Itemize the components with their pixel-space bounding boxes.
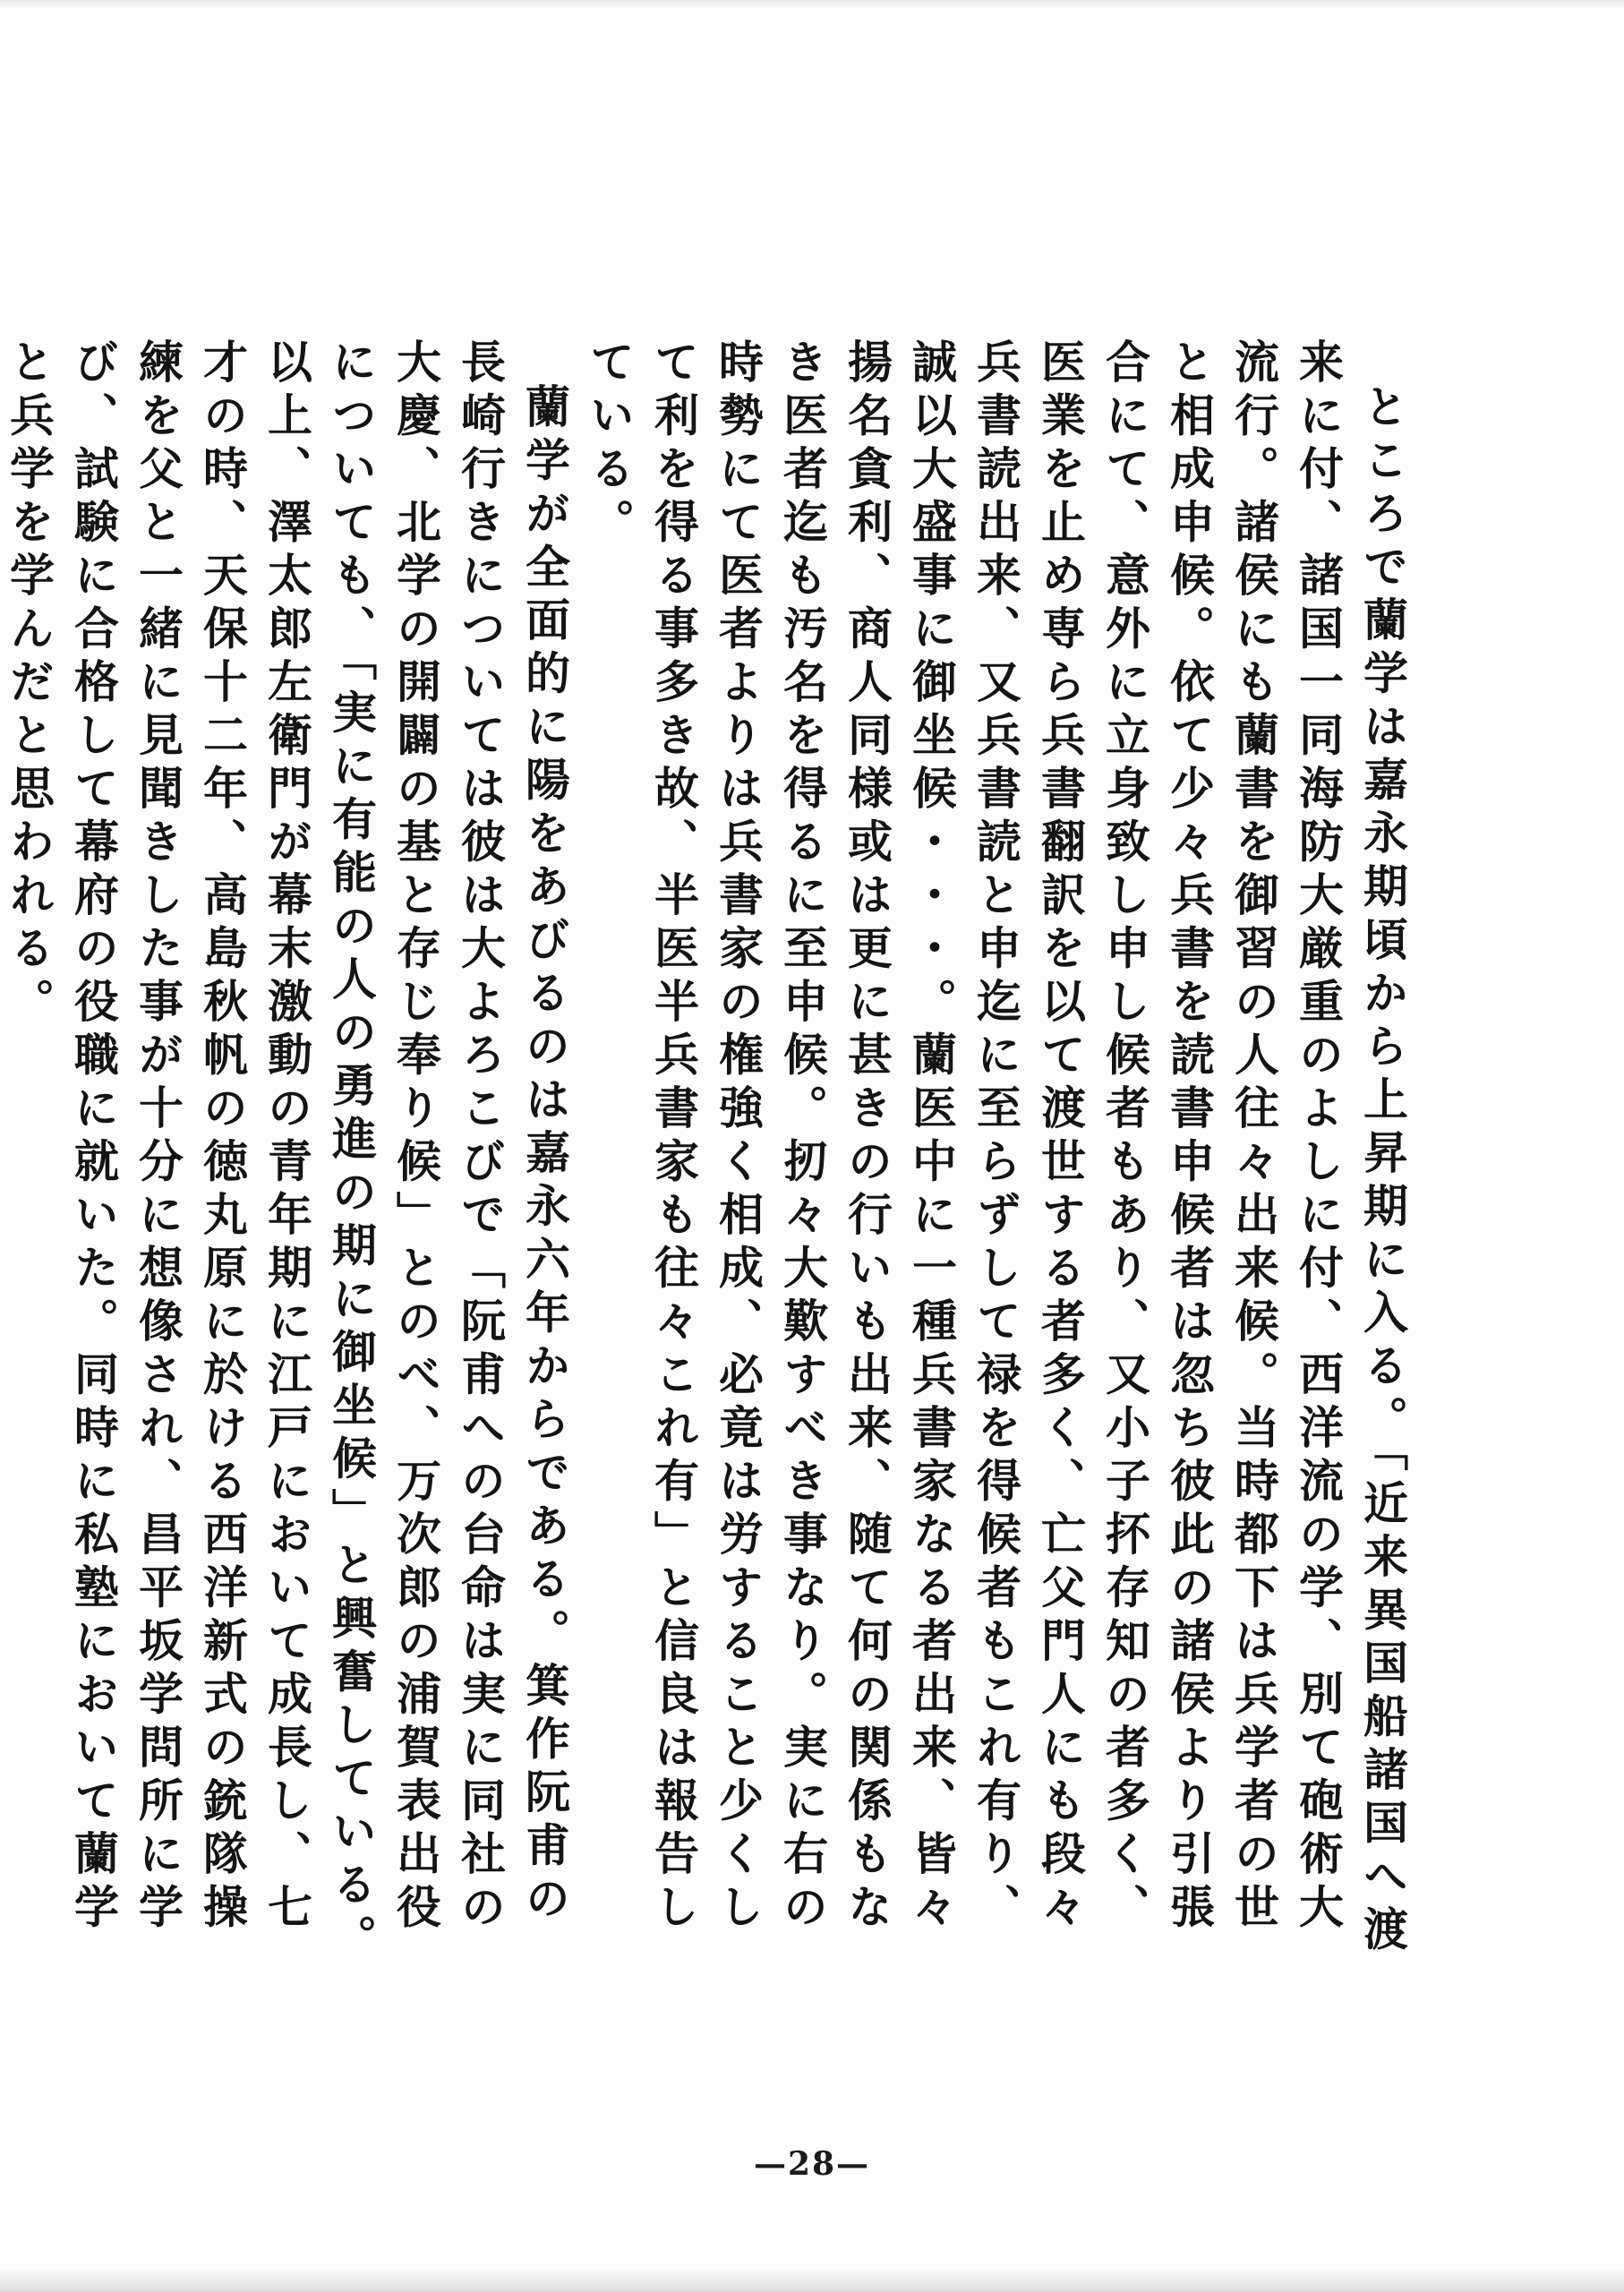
paragraph-sawa-youth: 以上、澤太郎左衛門が幕末激動の青年期に江戸において成長し、七才の時、天保十二年、…: [0, 338, 319, 1977]
paragraph-rangaku-rise: ところで蘭学は嘉永期頃から上昇期に入る。「近来異国船諸国へ渡来に付、諸国一同海防…: [577, 338, 1415, 1977]
page-number: —28—: [0, 2145, 1624, 2183]
scan-edge-bottom: [0, 2269, 1624, 2292]
scan-edge-top: [0, 0, 1624, 9]
vertical-text-body: ところで蘭学は嘉永期頃から上昇期に入る。「近来異国船諸国へ渡来に付、諸国一同海防…: [0, 338, 1415, 1977]
paragraph-kaei-six: 蘭学が全面的に陽をあびるのは嘉永六年からである。箕作阮甫の長崎行きについては彼は…: [319, 338, 577, 1977]
document-page: ところで蘭学は嘉永期頃から上昇期に入る。「近来異国船諸国へ渡来に付、諸国一同海防…: [0, 0, 1624, 2292]
